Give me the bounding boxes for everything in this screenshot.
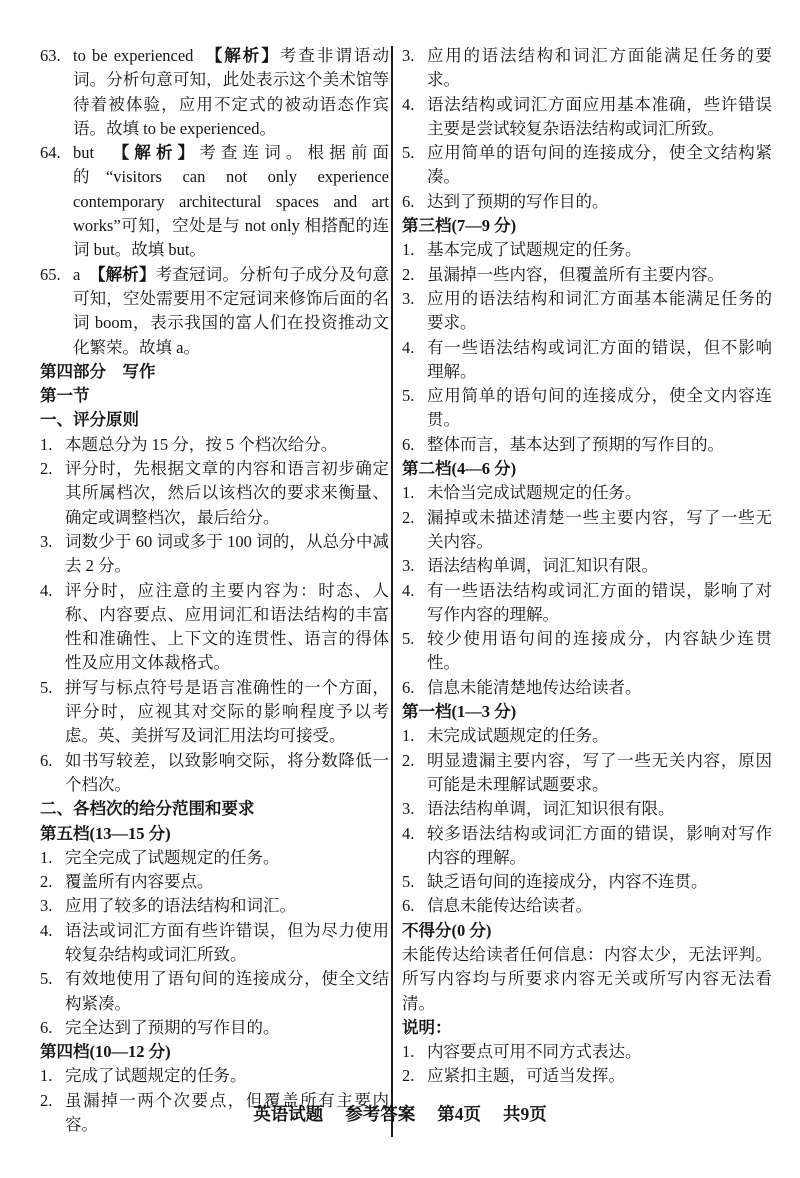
criteria-item: 2.应紧扣主题，可适当发挥。	[402, 1064, 772, 1088]
item-number: 3.	[402, 797, 414, 821]
item-text: 第三档(7—9 分)	[402, 216, 516, 235]
item-text: 第四档(10—12 分)	[40, 1042, 171, 1061]
section-heading: 二、各档次的给分范围和要求	[40, 797, 389, 821]
criteria-item: 4.较多语法结构或词汇方面的错误，影响对写作内容的理解。	[402, 822, 772, 871]
item-text: 未完成试题规定的任务。	[427, 726, 609, 745]
item-text: 完全完成了试题规定的任务。	[65, 848, 280, 867]
item-text: 如书写较差，以致影响交际，将分数降低一个档次。	[65, 751, 389, 794]
criteria-item: 5.有效地使用了语句间的连接成分，使全文结构紧凑。	[40, 967, 389, 1016]
item-text: 语法结构单调，词汇知识有限。	[427, 556, 658, 575]
item-number: 1.	[40, 846, 52, 870]
analysis-tag: 【解析】	[214, 46, 280, 65]
item-number: 1.	[402, 238, 414, 262]
footer-total-pages: 共9页	[503, 1104, 547, 1124]
item-text: 有一些语法结构或词汇方面的错误，影响了对写作内容的理解。	[427, 581, 772, 624]
criteria-item: 5.较少使用语句间的连接成分，内容缺少连贯性。	[402, 627, 772, 676]
item-text: 漏掉或未描述清楚一些主要内容，写了一些无关内容。	[427, 508, 772, 551]
item-number: 2.	[40, 870, 52, 894]
answer-item: 65.a 【解析】考查冠词。分析句子成分及句意可知，空处需要用不定冠词来修饰后面…	[40, 263, 389, 360]
document-page: { "columns": [ { "blocks": [ { "type": "…	[0, 0, 800, 1178]
item-number: 5.	[402, 141, 414, 165]
band-heading: 第三档(7—9 分)	[402, 214, 772, 238]
item-number: 3.	[40, 530, 52, 554]
item-number: 3.	[40, 894, 52, 918]
item-text: 虽漏掉一些内容，但覆盖所有主要内容。	[427, 265, 724, 284]
item-text: 覆盖所有内容要点。	[65, 872, 214, 891]
item-text: but 【解析】考查连词。根据前面的“visitors can not only…	[73, 143, 389, 259]
analysis-tag: 【解析】	[97, 265, 155, 284]
item-number: 5.	[402, 627, 414, 651]
item-number: 63.	[40, 44, 61, 68]
item-number: 1.	[40, 1064, 52, 1088]
item-text: 拼写与标点符号是语言准确性的一个方面，评分时，应视其对交际的影响程度予以考虑。英…	[65, 678, 389, 746]
footer-doc-subtitle: 参考答案	[345, 1104, 415, 1124]
band-heading: 第五档(13—15 分)	[40, 822, 389, 846]
item-text: 本题总分为 15 分，按 5 个档次给分。	[65, 435, 337, 454]
band-heading: 第一档(1—3 分)	[402, 700, 772, 724]
band-heading: 第二档(4—6 分)	[402, 457, 772, 481]
item-text: 应用的语法结构和词汇方面能满足任务的要求。	[427, 46, 772, 89]
criteria-item: 3.应用了较多的语法结构和词汇。	[40, 894, 389, 918]
item-text: 第一节	[40, 386, 90, 405]
right-column: 3.应用的语法结构和词汇方面能满足任务的要求。4.语法结构或词汇方面应用基本准确…	[402, 44, 772, 1137]
paragraph: 未能传达给读者任何信息：内容太少，无法评判。所写内容均与所要求内容无关或所写内容…	[402, 943, 772, 1016]
item-number: 64.	[40, 141, 61, 165]
item-number: 1.	[402, 724, 414, 748]
item-number: 3.	[402, 287, 414, 311]
footer-page-number: 第4页	[437, 1104, 481, 1124]
item-text: 词数少于 60 词或多于 100 词的，从总分中减去 2 分。	[65, 532, 389, 575]
item-number: 2.	[402, 263, 414, 287]
item-number: 6.	[402, 190, 414, 214]
item-number: 4.	[402, 822, 414, 846]
criteria-item: 1.内容要点可用不同方式表达。	[402, 1040, 772, 1064]
item-text: 完全达到了预期的写作目的。	[65, 1018, 280, 1037]
item-number: 1.	[402, 1040, 414, 1064]
criteria-item: 4.语法结构或词汇方面应用基本准确，些许错误主要是尝试较复杂语法结构或词汇所致。	[402, 93, 772, 142]
item-number: 4.	[40, 579, 52, 603]
criteria-item: 3.语法结构单调，词汇知识有限。	[402, 554, 772, 578]
item-text: 评分时，先根据文章的内容和语言初步确定其所属档次，然后以该档次的要求来衡量、确定…	[65, 459, 389, 527]
item-text: 达到了预期的写作目的。	[427, 192, 609, 211]
criteria-item: 6.达到了预期的写作目的。	[402, 190, 772, 214]
item-text: 语法结构单调，词汇知识很有限。	[427, 799, 675, 818]
item-number: 3.	[402, 44, 414, 68]
item-number: 5.	[40, 676, 52, 700]
criteria-item: 5.应用简单的语句间的连接成分，使全文内容连贯。	[402, 384, 772, 433]
item-text: 第四部分 写作	[40, 362, 156, 381]
left-column: 63.to be experienced 【解析】考查非谓语动词。分析句意可知，…	[40, 44, 389, 1137]
criteria-item: 2.漏掉或未描述清楚一些主要内容，写了一些无关内容。	[402, 506, 772, 555]
criteria-item: 1.完成了试题规定的任务。	[40, 1064, 389, 1088]
band-heading: 不得分(0 分)	[402, 919, 772, 943]
criteria-item: 2.明显遗漏主要内容，写了一些无关内容，原因可能是未理解试题要求。	[402, 749, 772, 798]
criteria-item: 6.整体而言，基本达到了预期的写作目的。	[402, 433, 772, 457]
item-text: 应紧扣主题，可适当发挥。	[427, 1066, 625, 1085]
item-text: a 【解析】考查冠词。分析句子成分及句意可知，空处需要用不定冠词来修饰后面的名词…	[73, 265, 389, 357]
item-number: 5.	[402, 384, 414, 408]
criteria-item: 4.有一些语法结构或词汇方面的错误，影响了对写作内容的理解。	[402, 579, 772, 628]
item-number: 4.	[402, 579, 414, 603]
criteria-item: 5.缺乏语句间的连接成分，内容不连贯。	[402, 870, 772, 894]
item-text: to be experienced 【解析】考查非谓语动词。分析句意可知，此处表…	[73, 46, 389, 138]
criteria-item: 2.覆盖所有内容要点。	[40, 870, 389, 894]
criteria-item: 2.评分时，先根据文章的内容和语言初步确定其所属档次，然后以该档次的要求来衡量、…	[40, 457, 389, 530]
item-number: 2.	[402, 749, 414, 773]
band-heading: 第四档(10—12 分)	[40, 1040, 389, 1064]
page-footer: 英语试题参考答案第4页共9页	[0, 1101, 800, 1126]
item-text: 基本完成了试题规定的任务。	[427, 240, 642, 259]
criteria-item: 1.未恰当完成试题规定的任务。	[402, 481, 772, 505]
item-number: 3.	[402, 554, 414, 578]
item-text: 明显遗漏主要内容，写了一些无关内容，原因可能是未理解试题要求。	[427, 751, 772, 794]
item-text: 有效地使用了语句间的连接成分，使全文结构紧凑。	[65, 969, 389, 1012]
item-number: 2.	[40, 457, 52, 481]
criteria-item: 1.未完成试题规定的任务。	[402, 724, 772, 748]
item-text: 应用的语法结构和词汇方面基本能满足任务的要求。	[427, 289, 772, 332]
item-text: 信息未能清楚地传达给读者。	[427, 678, 642, 697]
criteria-item: 4.评分时，应注意的主要内容为：时态、人称、内容要点、应用词汇和语法结构的丰富性…	[40, 579, 389, 676]
item-number: 5.	[402, 870, 414, 894]
section-heading: 一、评分原则	[40, 408, 389, 432]
item-text: 说明：	[402, 1018, 452, 1037]
criteria-item: 5.拼写与标点符号是语言准确性的一个方面，评分时，应视其对交际的影响程度予以考虑…	[40, 676, 389, 749]
item-number: 6.	[40, 749, 52, 773]
item-text: 内容要点可用不同方式表达。	[427, 1042, 642, 1061]
item-text: 较多语法结构或词汇方面的错误，影响对写作内容的理解。	[427, 824, 772, 867]
criteria-item: 6.信息未能清楚地传达给读者。	[402, 676, 772, 700]
item-text: 有一些语法结构或词汇方面的错误，但不影响理解。	[427, 338, 772, 381]
column-divider	[391, 46, 393, 1137]
item-text: 信息未能传达给读者。	[427, 896, 592, 915]
item-text: 缺乏语句间的连接成分，内容不连贯。	[427, 872, 708, 891]
item-number: 4.	[40, 919, 52, 943]
item-text: 语法结构或词汇方面应用基本准确，些许错误主要是尝试较复杂语法结构或词汇所致。	[427, 95, 772, 138]
item-text: 应用简单的语句间的连接成分，使全文结构紧凑。	[427, 143, 772, 186]
criteria-item: 6.信息未能传达给读者。	[402, 894, 772, 918]
band-heading: 说明：	[402, 1016, 772, 1040]
item-text: 完成了试题规定的任务。	[65, 1066, 247, 1085]
item-number: 6.	[402, 894, 414, 918]
criteria-item: 1.基本完成了试题规定的任务。	[402, 238, 772, 262]
item-number: 2.	[402, 506, 414, 530]
criteria-item: 3.词数少于 60 词或多于 100 词的，从总分中减去 2 分。	[40, 530, 389, 579]
item-number: 6.	[40, 1016, 52, 1040]
item-text: 第五档(13—15 分)	[40, 824, 171, 843]
item-text: 二、各档次的给分范围和要求	[40, 799, 255, 818]
item-text: 第二档(4—6 分)	[402, 459, 516, 478]
item-number: 4.	[402, 93, 414, 117]
item-number: 2.	[402, 1064, 414, 1088]
two-column-layout: 63.to be experienced 【解析】考查非谓语动词。分析句意可知，…	[0, 0, 800, 1137]
item-text: 第一档(1—3 分)	[402, 702, 516, 721]
criteria-item: 5.应用简单的语句间的连接成分，使全文结构紧凑。	[402, 141, 772, 190]
item-number: 4.	[402, 336, 414, 360]
criteria-item: 4.有一些语法结构或词汇方面的错误，但不影响理解。	[402, 336, 772, 385]
item-number: 1.	[40, 433, 52, 457]
item-text: 未能传达给读者任何信息：内容太少，无法评判。所写内容均与所要求内容无关或所写内容…	[402, 945, 772, 1013]
item-text: 整体而言，基本达到了预期的写作目的。	[427, 435, 724, 454]
criteria-item: 3.应用的语法结构和词汇方面基本能满足任务的要求。	[402, 287, 772, 336]
item-text: 未恰当完成试题规定的任务。	[427, 483, 642, 502]
criteria-item: 1.本题总分为 15 分，按 5 个档次给分。	[40, 433, 389, 457]
item-text: 较少使用语句间的连接成分，内容缺少连贯性。	[427, 629, 772, 672]
criteria-item: 3.语法结构单调，词汇知识很有限。	[402, 797, 772, 821]
item-number: 5.	[40, 967, 52, 991]
item-number: 65.	[40, 263, 61, 287]
item-text: 一、评分原则	[40, 410, 139, 429]
item-text: 评分时，应注意的主要内容为：时态、人称、内容要点、应用词汇和语法结构的丰富性和准…	[65, 581, 389, 673]
footer-doc-title: 英语试题	[253, 1104, 323, 1124]
item-text: 应用简单的语句间的连接成分，使全文内容连贯。	[427, 386, 772, 429]
item-text: 语法或词汇方面有些许错误，但为尽力使用较复杂结构或词汇所致。	[65, 921, 389, 964]
item-number: 6.	[402, 433, 414, 457]
answer-item: 64.but 【解析】考查连词。根据前面的“visitors can not o…	[40, 141, 389, 262]
criteria-item: 6.完全达到了预期的写作目的。	[40, 1016, 389, 1040]
item-number: 1.	[402, 481, 414, 505]
criteria-item: 1.完全完成了试题规定的任务。	[40, 846, 389, 870]
criteria-item: 2.虽漏掉一些内容，但覆盖所有主要内容。	[402, 263, 772, 287]
answer-item: 63.to be experienced 【解析】考查非谓语动词。分析句意可知，…	[40, 44, 389, 141]
item-text: 不得分(0 分)	[402, 921, 491, 940]
criteria-item: 6.如书写较差，以致影响交际，将分数降低一个档次。	[40, 749, 389, 798]
criteria-item: 4.语法或词汇方面有些许错误，但为尽力使用较复杂结构或词汇所致。	[40, 919, 389, 968]
item-text: 应用了较多的语法结构和词汇。	[65, 896, 296, 915]
section-heading: 第一节	[40, 384, 389, 408]
section-heading: 第四部分 写作	[40, 360, 389, 384]
criteria-item: 3.应用的语法结构和词汇方面能满足任务的要求。	[402, 44, 772, 93]
item-number: 6.	[402, 676, 414, 700]
analysis-tag: 【解析】	[121, 143, 199, 162]
